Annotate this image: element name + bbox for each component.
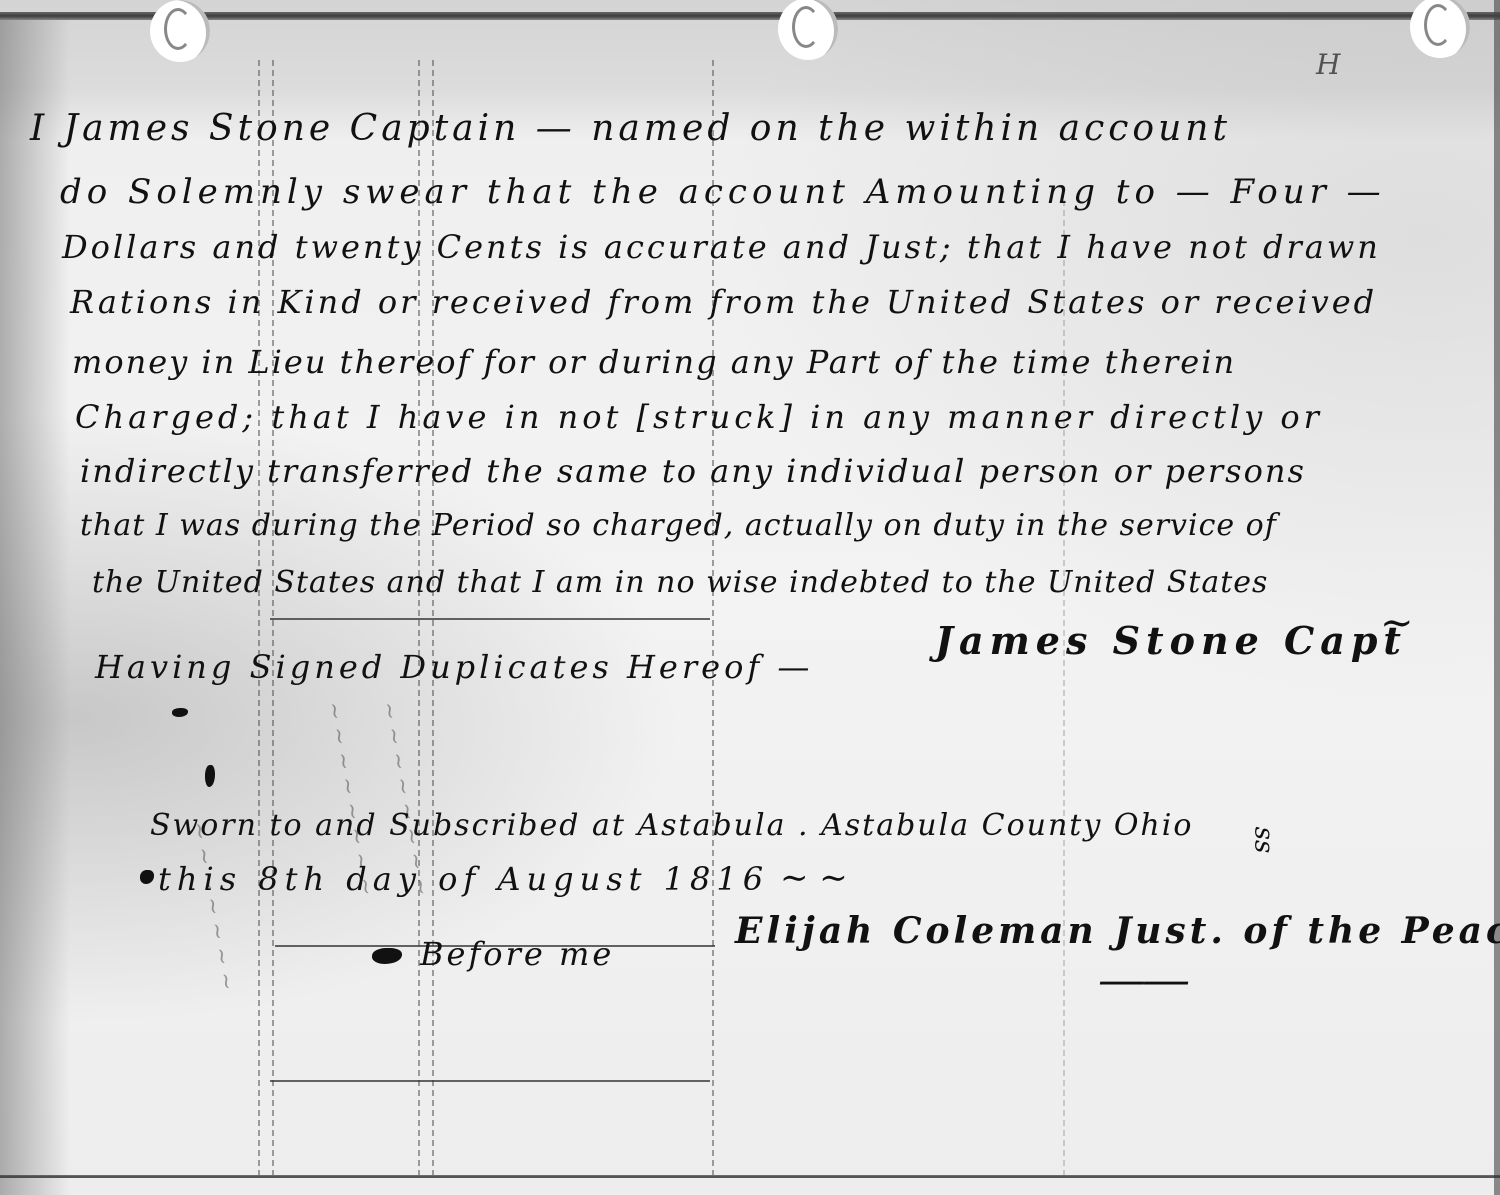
binder-hole-icon xyxy=(1410,0,1470,58)
document-page: H ~ ~ ~ ~ ~ ~ ~ ~ ~ ~ ~ ~ ~ ~ ~ ~ ~ ~ ~ … xyxy=(0,0,1500,1195)
jurat-line-1: Sworn to and Subscribed at Astabula . As… xyxy=(150,808,1193,843)
captain-signature: James Stone Capt xyxy=(935,618,1407,663)
jurat-line-2: this 8th day of August 1816 xyxy=(158,860,769,898)
jurat-line-3: Before me xyxy=(420,935,614,973)
bleed-through-text: ~ ~ ~ ~ ~ ~ ~ xyxy=(185,820,239,993)
affidavit-line-2: do Solemnly swear that the account Amoun… xyxy=(60,172,1386,212)
form-rule-line xyxy=(270,1080,710,1082)
jurat-bracket: ss xyxy=(1248,827,1278,854)
binder-hole-icon xyxy=(778,0,838,60)
form-rule-line xyxy=(270,618,710,620)
page-mark: H xyxy=(1316,48,1340,81)
ink-blot xyxy=(372,948,402,964)
ink-blot xyxy=(205,765,215,787)
duplicate-note: Having Signed Duplicates Hereof — xyxy=(95,648,813,686)
affidavit-line-3: Dollars and twenty Cents is accurate and… xyxy=(62,228,1381,266)
ink-blot xyxy=(140,870,154,884)
affidavit-line-9: the United States and that I am in no wi… xyxy=(92,565,1268,600)
date-flourish: ∼ ∼ xyxy=(780,858,848,898)
signature-flourish: ∼ xyxy=(1380,600,1414,646)
form-rule-line xyxy=(0,1176,1500,1178)
binder-hole-icon xyxy=(150,0,210,62)
affidavit-line-5: money in Lieu thereof for or during any … xyxy=(72,343,1236,381)
ink-blot xyxy=(172,708,188,717)
justice-signature: Elijah Coleman Just. of the Peace xyxy=(735,910,1500,952)
affidavit-line-1: I James Stone Captain — named on the wit… xyxy=(30,108,1231,149)
page-top-edge xyxy=(0,12,1500,20)
affidavit-line-6: Charged; that I have in not [struck] in … xyxy=(75,398,1323,436)
affidavit-line-8: that I was during the Period so charged,… xyxy=(80,508,1277,543)
page-right-edge xyxy=(1494,0,1500,1195)
signature-flourish: ―― xyxy=(1100,955,1188,1006)
affidavit-line-4: Rations in Kind or received from from th… xyxy=(70,283,1377,321)
affidavit-line-7: indirectly transferred the same to any i… xyxy=(80,452,1306,490)
